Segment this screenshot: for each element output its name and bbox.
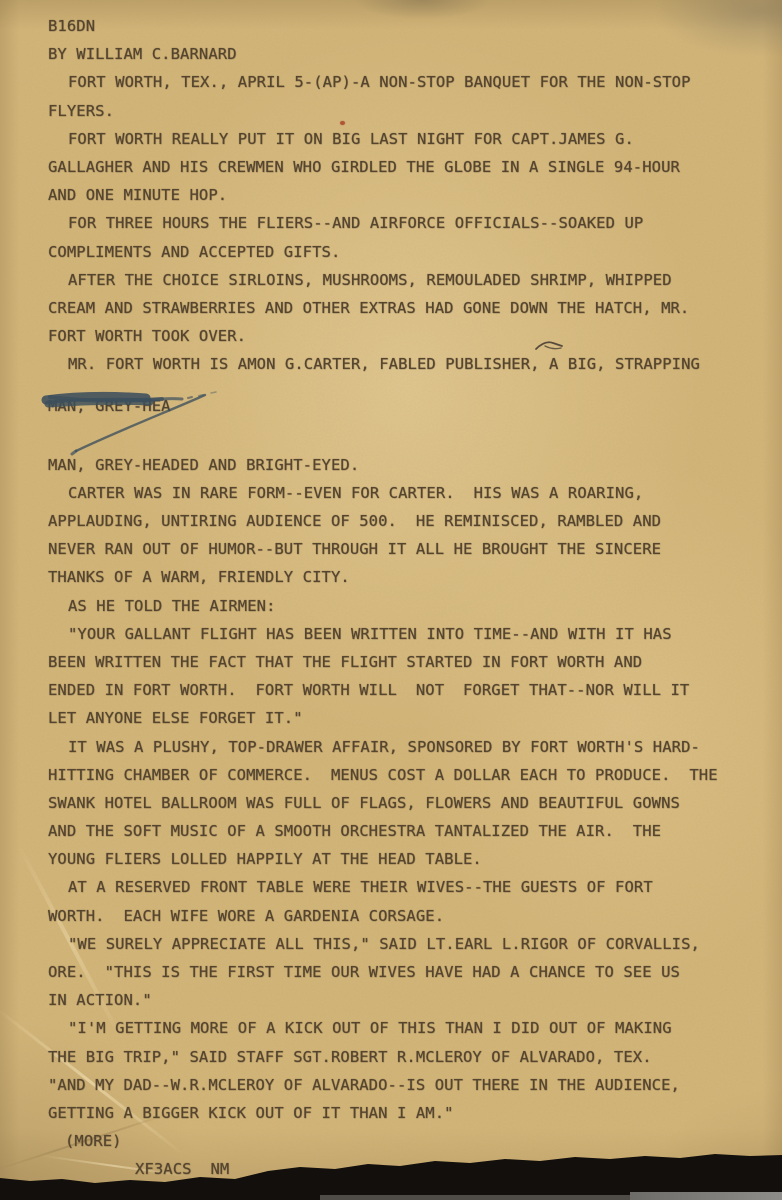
typed-line: YOUNG FLIERS LOLLED HAPPILY AT THE HEAD … [0, 845, 782, 873]
typed-line: BEEN WRITTEN THE FACT THAT THE FLIGHT ST… [0, 648, 782, 676]
typed-line: FORT WORTH TOOK OVER. [0, 322, 782, 350]
typed-line: B16DN [0, 12, 782, 40]
typed-line: BY WILLIAM C.BARNARD [0, 40, 782, 68]
blank-line [0, 421, 782, 451]
typed-line: MAN, GREY-HEADED AND BRIGHT-EYED. [0, 451, 782, 479]
red-ink-speck [340, 121, 345, 125]
typed-line: SWANK HOTEL BALLROOM WAS FULL OF FLAGS, … [0, 789, 782, 817]
typed-line: "AND MY DAD--W.R.MCLEROY OF ALVARADO--IS… [0, 1071, 782, 1099]
typed-line: (MORE) [0, 1127, 782, 1155]
typed-line: ENDED IN FORT WORTH. FORT WORTH WILL NOT… [0, 676, 782, 704]
typed-line: WORTH. EACH WIFE WORE A GARDENIA CORSAGE… [0, 902, 782, 930]
typed-line: NEVER RAN OUT OF HUMOR--BUT THROUGH IT A… [0, 535, 782, 563]
typed-line: "WE SURELY APPRECIATE ALL THIS," SAID LT… [0, 930, 782, 958]
typed-line: APPLAUDING, UNTIRING AUDIENCE OF 500. HE… [0, 507, 782, 535]
typed-line: AND THE SOFT MUSIC OF A SMOOTH ORCHESTRA… [0, 817, 782, 845]
typed-line: FORT WORTH REALLY PUT IT ON BIG LAST NIG… [0, 125, 782, 153]
scanner-bed-strip [320, 1195, 640, 1200]
typed-line: FLYERS. [0, 97, 782, 125]
typed-line: COMPLIMENTS AND ACCEPTED GIFTS. [0, 238, 782, 266]
typed-line: AS HE TOLD THE AIRMEN: [0, 592, 782, 620]
typed-line: IT WAS A PLUSHY, TOP-DRAWER AFFAIR, SPON… [0, 733, 782, 761]
typed-line: FORT WORTH, TEX., APRIL 5-(AP)-A NON-STO… [0, 68, 782, 96]
typed-line: AT A RESERVED FRONT TABLE WERE THEIR WIV… [0, 873, 782, 901]
typed-line: IN ACTION." [0, 986, 782, 1014]
scanner-bed-strip [630, 1192, 782, 1200]
typed-line: LET ANYONE ELSE FORGET IT." [0, 704, 782, 732]
typed-line: THE BIG TRIP," SAID STAFF SGT.ROBERT R.M… [0, 1043, 782, 1071]
typed-line: "YOUR GALLANT FLIGHT HAS BEEN WRITTEN IN… [0, 620, 782, 648]
scanned-telegram-photo: B16DNBY WILLIAM C.BARNARDFORT WORTH, TEX… [0, 0, 782, 1200]
typed-line: THANKS OF A WARM, FRIENDLY CITY. [0, 563, 782, 591]
typed-line: CARTER WAS IN RARE FORM--EVEN FOR CARTER… [0, 479, 782, 507]
typed-line: CREAM AND STRAWBERRIES AND OTHER EXTRAS … [0, 294, 782, 322]
typed-line: AND ONE MINUTE HOP. [0, 181, 782, 209]
typed-line: FOR THREE HOURS THE FLIERS--AND AIRFORCE… [0, 209, 782, 237]
struck-typed-line: MAN, GREY-HEA [0, 392, 782, 420]
typed-line: HITTING CHAMBER OF COMMERCE. MENUS COST … [0, 761, 782, 789]
typed-line: GETTING A BIGGER KICK OUT OF IT THAN I A… [0, 1099, 782, 1127]
typed-line: "I'M GETTING MORE OF A KICK OUT OF THIS … [0, 1014, 782, 1042]
typed-line: GALLAGHER AND HIS CREWMEN WHO GIRDLED TH… [0, 153, 782, 181]
typed-text-block: B16DNBY WILLIAM C.BARNARDFORT WORTH, TEX… [0, 12, 782, 1184]
typed-line: AFTER THE CHOICE SIRLOINS, MUSHROOMS, RE… [0, 266, 782, 294]
typed-line: MR. FORT WORTH IS AMON G.CARTER, FABLED … [0, 350, 782, 378]
typed-line: ORE. "THIS IS THE FIRST TIME OUR WIVES H… [0, 958, 782, 986]
